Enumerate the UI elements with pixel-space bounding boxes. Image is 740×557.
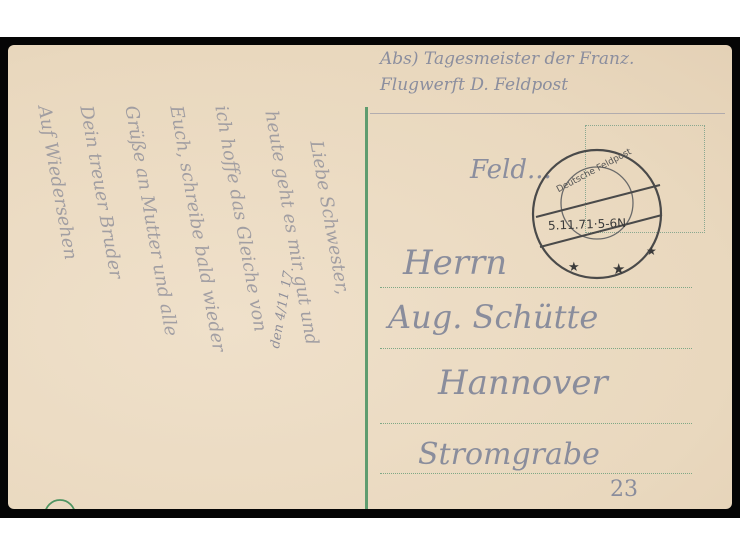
svg-text:★: ★ [568,260,580,275]
svg-text:★: ★ [612,260,625,278]
sender-line-2: Flugwerft D. Feldpost [380,75,568,95]
address-line-2: Aug. Schütte [388,298,598,336]
svg-text:L: L [50,507,62,509]
address-rule [380,423,692,424]
address-line-1: Herrn [403,243,507,283]
address-line-4: Stromgrabe [418,437,600,472]
svg-text:5.11.71·5-6N: 5.11.71·5-6N [548,216,627,233]
message-line: Dein treuer Bruder [75,104,126,280]
address-rule [380,473,692,474]
address-line-3: Hannover [438,363,608,403]
address-rule [380,348,692,349]
postcard: Liebe Schwester, heute geht es mir gut u… [8,45,732,509]
date-note: den 4/11 17. [268,266,297,350]
address-number: 23 [610,477,638,502]
handwritten-message: Liebe Schwester, heute geht es mir gut u… [26,99,356,509]
address-rule [380,287,692,288]
postmark-icon: Deutsche Feldpost 5.11.71·5-6N ★ ★ ★ [528,145,666,283]
center-divider [365,107,368,509]
message-line: Liebe Schwester, [305,139,353,296]
publisher-logo-icon: L L [42,497,78,509]
svg-text:Deutsche Feldpost: Deutsche Feldpost [555,147,634,195]
message-line: Auf Wiedersehen [33,104,81,261]
underline-stroke [370,113,725,114]
sender-line-1: Abs) Tagesmeister der Franz. [380,49,634,69]
svg-text:★: ★ [646,244,657,258]
